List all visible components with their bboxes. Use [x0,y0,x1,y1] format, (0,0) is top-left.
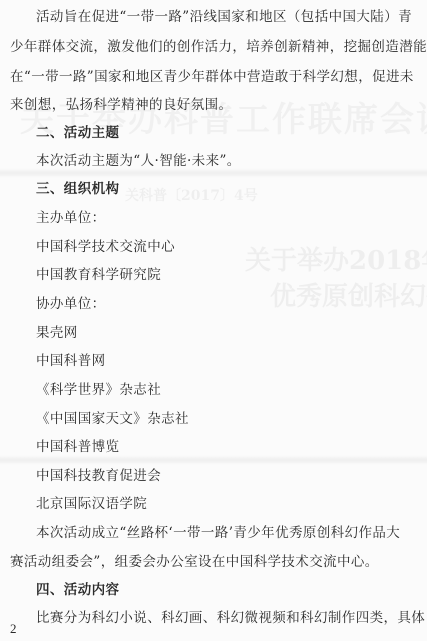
show-through-doc-no: 关科普〔2017〕4号 [125,185,258,205]
host-item: 中国教育科学研究院 [36,266,161,284]
paragraph-line: 少年群体交流，激发他们的创作活力，培养创新精神，挖掘创造潜能， [10,38,427,56]
section-heading-organization: 三、组织机构 [36,180,119,198]
section-heading-content: 四、活动内容 [36,581,119,599]
co-host-item: 中国科普网 [36,352,106,370]
show-through-title-line-2: 优秀原创科幻作品大赛活动的通知 [270,276,427,313]
co-host-item: 北京国际汉语学院 [36,495,147,513]
paragraph-line: 在“一带一路”国家和地区青少年群体中营造敢于科学幻想，促进未 [10,68,414,86]
host-item: 中国科学技术交流中心 [36,238,175,256]
host-label: 主办单位： [36,209,106,227]
co-host-item: 《科学世界》杂志社 [36,381,161,399]
scan-shadow [0,455,427,465]
committee-line: 赛活动组委会”，组委会办公室设在中国科学技术交流中心。 [10,553,379,571]
paragraph-line: 活动旨在促进“一带一路”沿线国家和地区（包括中国大陆）青 [36,8,412,26]
page-number: 2 [10,621,17,637]
co-host-item: 果壳网 [36,324,78,342]
co-host-item: 中国科普博览 [36,438,119,456]
document-page: 关于举办科普工作联席会议成员单位 关科普〔2017〕4号 关于举办2018年丝路… [0,0,427,641]
co-host-item: 《中国国家天文》杂志社 [36,410,189,428]
committee-line: 本次活动成立“丝路杯‘一带一路’青少年优秀原创科幻作品大 [36,524,400,542]
show-through-title-line-1: 关于举办2018年丝路杯“一带一路”青少年 [245,240,427,277]
theme-text: 本次活动主题为“人·智能·未来”。 [36,152,241,170]
co-host-label: 协办单位： [36,295,106,313]
content-text: 比赛分为科幻小说、科幻画、科幻微视频和科幻制作四类，具体 [36,609,425,627]
section-heading-theme: 二、活动主题 [36,124,119,142]
paragraph-line: 来创想，弘扬科学精神的良好氛围。 [10,96,232,114]
co-host-item: 中国科技教育促进会 [36,467,161,485]
